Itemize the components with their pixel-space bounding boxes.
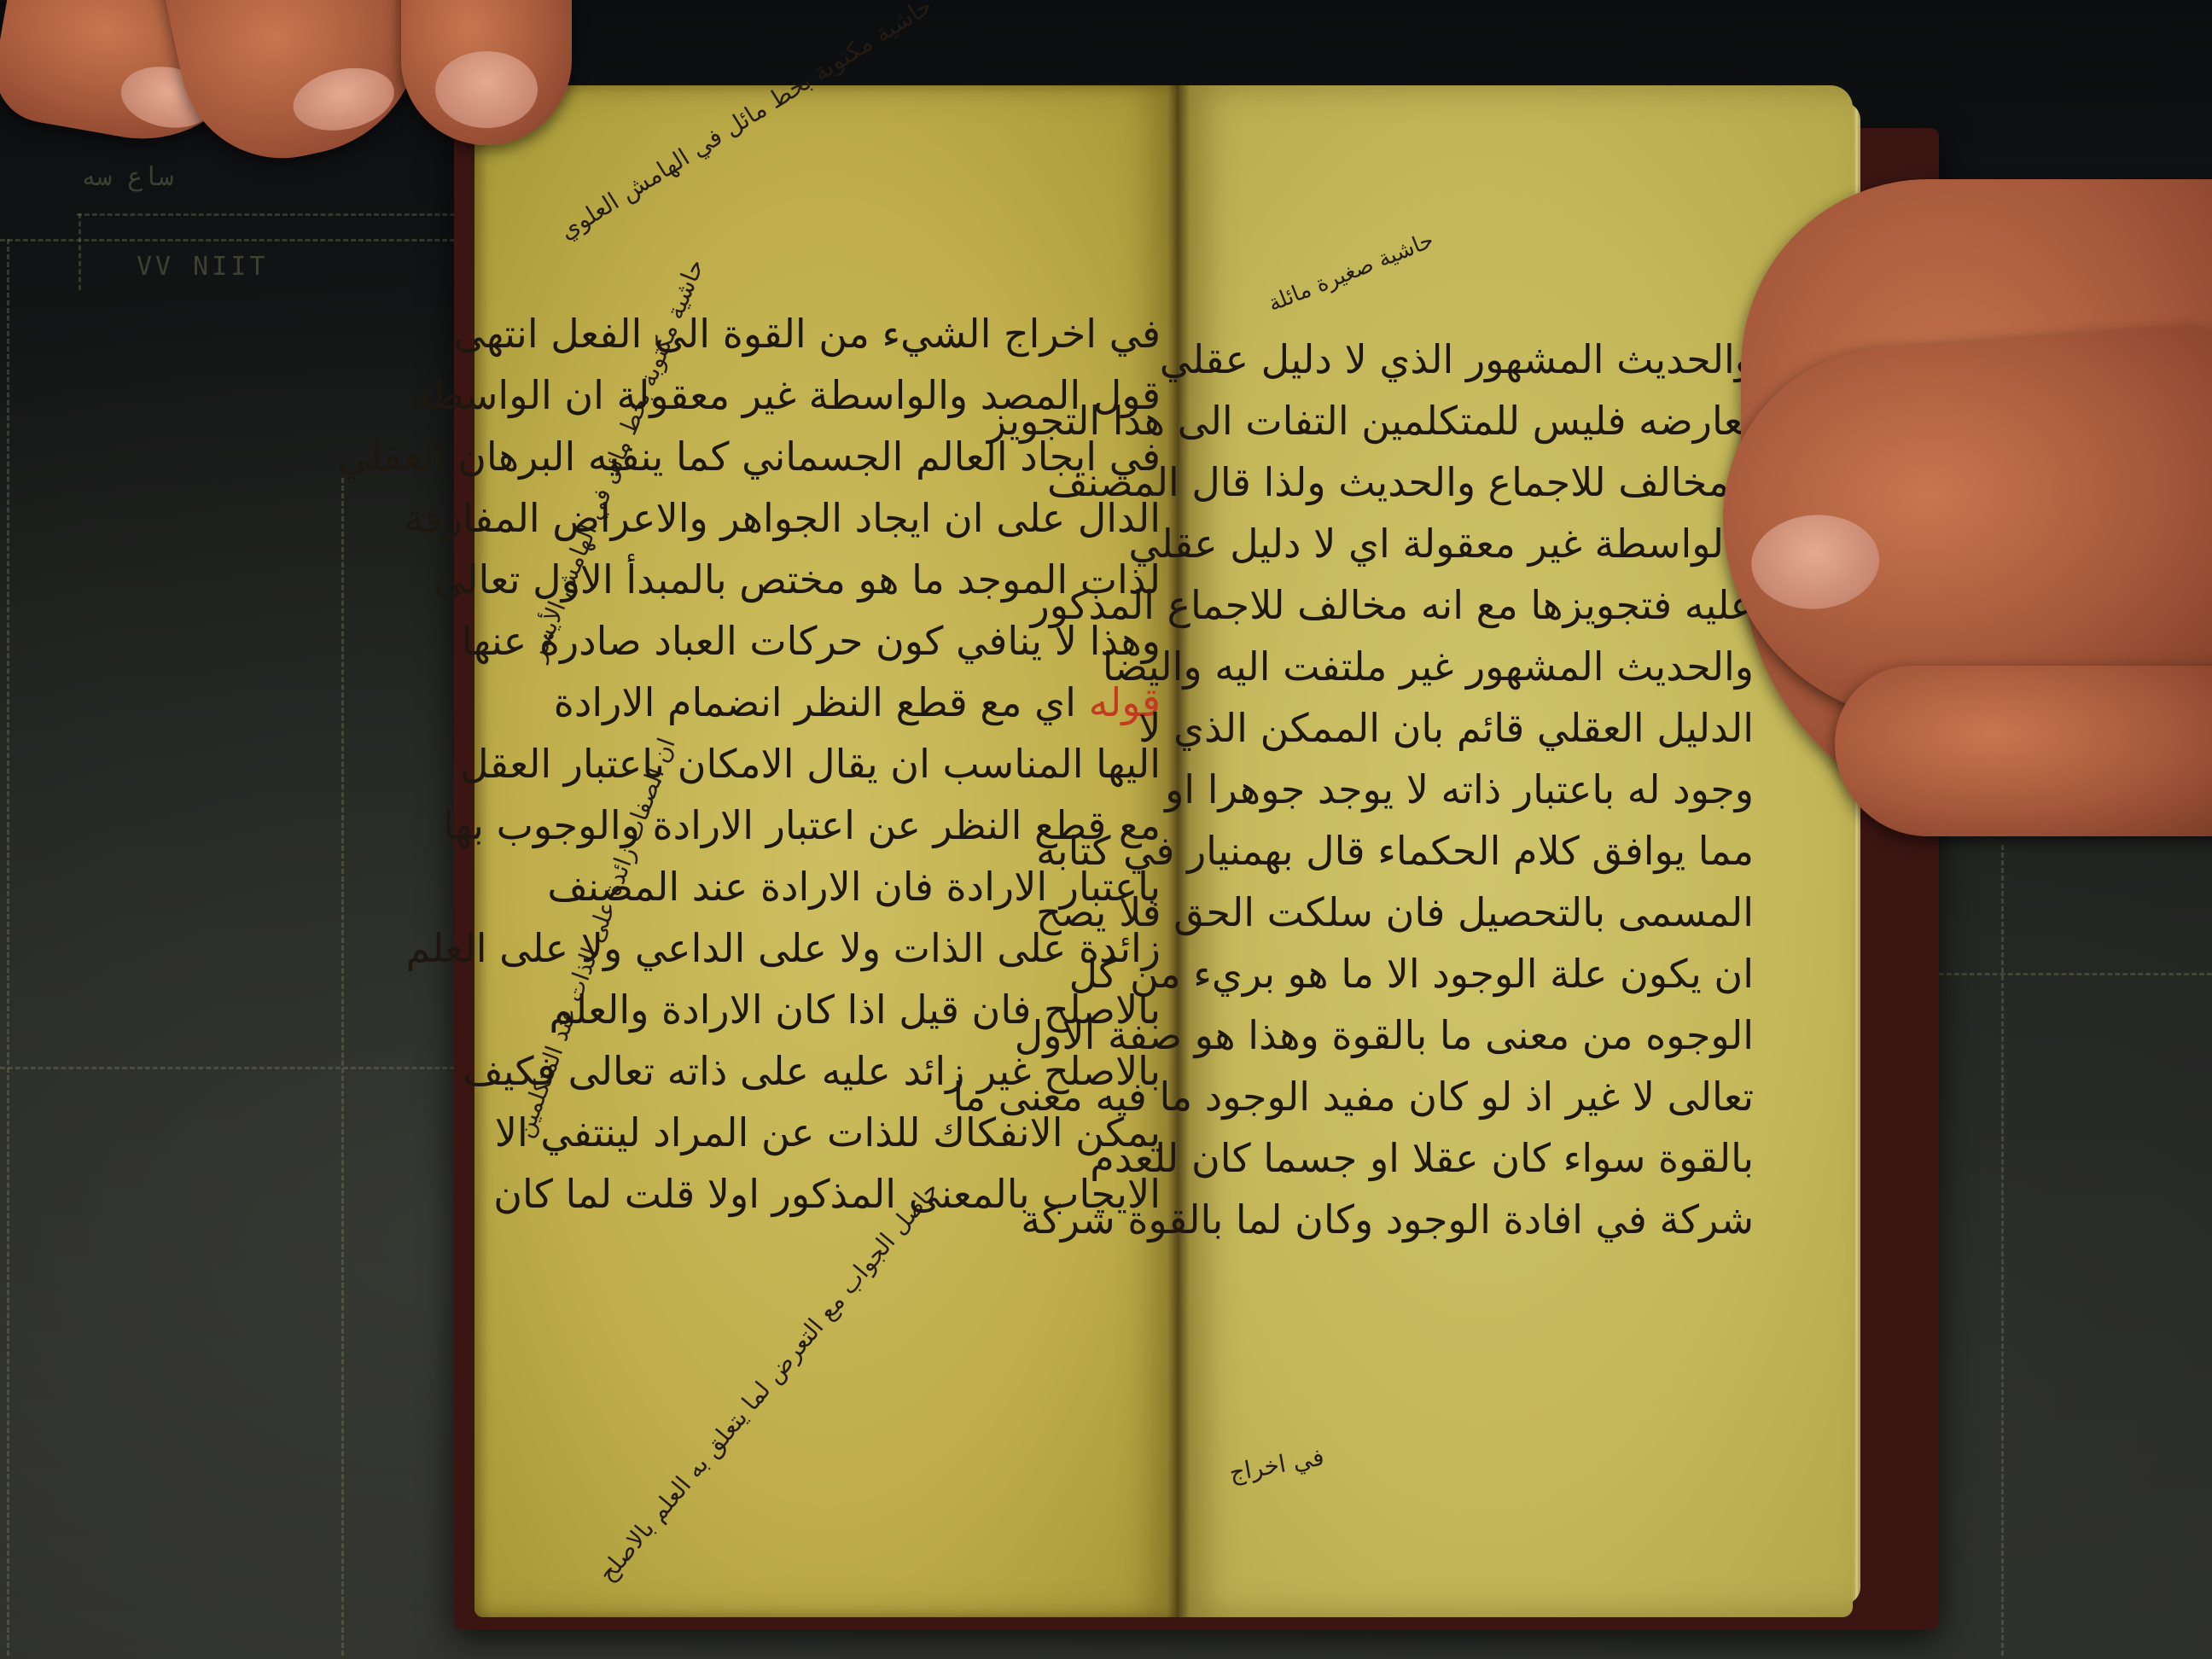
mat-label: ساع سه (81, 162, 173, 192)
text-line: عليه فتجويزها مع انه مخالف للاجماع المذك… (1242, 574, 1754, 636)
right-hand-finger (1835, 666, 2212, 836)
text-line: مما يوافق كلام الحكماء قال بهمنيار في كت… (1242, 820, 1754, 882)
text-line: الدليل العقلي قائم بان الممكن الذي لا (1242, 697, 1754, 759)
text-fragment: اي مع قطع النظر انضمام الارادة (554, 679, 1076, 725)
text-line: وجود له باعتبار ذاته لا يوجد جوهرا او (1242, 759, 1754, 820)
fingernail (435, 51, 538, 128)
text-line: شركة في افادة الوجود وكان لما بالقوة شرك… (1242, 1189, 1754, 1250)
mat-grid-line (7, 239, 9, 1656)
text-line: والواسطة غير معقولة اي لا دليل عقلي (1242, 513, 1754, 574)
text-line: المسمى بالتحصيل فان سلكت الحق فلا يصح (1242, 882, 1754, 943)
text-line: يعارضه فليس للمتكلمين التفات الى هذا الت… (1242, 390, 1754, 451)
mat-grid-line (77, 213, 478, 216)
text-line: اليها المناسب ان يقال الامكان باعتبار ال… (734, 733, 1161, 795)
text-line: الوجوه من معنى ما بالقوة وهذا هو صفة الا… (1242, 1004, 1754, 1066)
mat-grid-line (0, 239, 478, 242)
mat-grid-line (79, 213, 81, 290)
text-line: ان يكون علة الوجود الا ما هو بريء من كل (1242, 943, 1754, 1004)
text-line: تعالى لا غير اذ لو كان مفيد الوجود ما في… (1242, 1066, 1754, 1127)
text-line: في اخراج الشيء من القوة الى الفعل انتهى (734, 303, 1161, 364)
thumbnail (1749, 510, 1883, 613)
right-page-main-text: والحديث المشهور الذي لا دليل عقلي يعارضه… (1242, 329, 1754, 1250)
mat-grid-line (0, 1067, 478, 1069)
text-line: والحديث المشهور الذي لا دليل عقلي (1242, 329, 1754, 390)
text-line-with-rubric: قوله اي مع قطع النظر انضمام الارادة (734, 672, 1161, 733)
text-line: المخالف للاجماع والحديث ولذا قال المصنف (1242, 451, 1754, 513)
text-line: والحديث المشهور غير ملتفت اليه واليضا (1242, 636, 1754, 697)
mat-grid-line (2001, 845, 2004, 1656)
text-line: بالقوة سواء كان عقلا او جسما كان للعدم (1242, 1127, 1754, 1189)
mat-label: VV NIIT (137, 252, 268, 282)
